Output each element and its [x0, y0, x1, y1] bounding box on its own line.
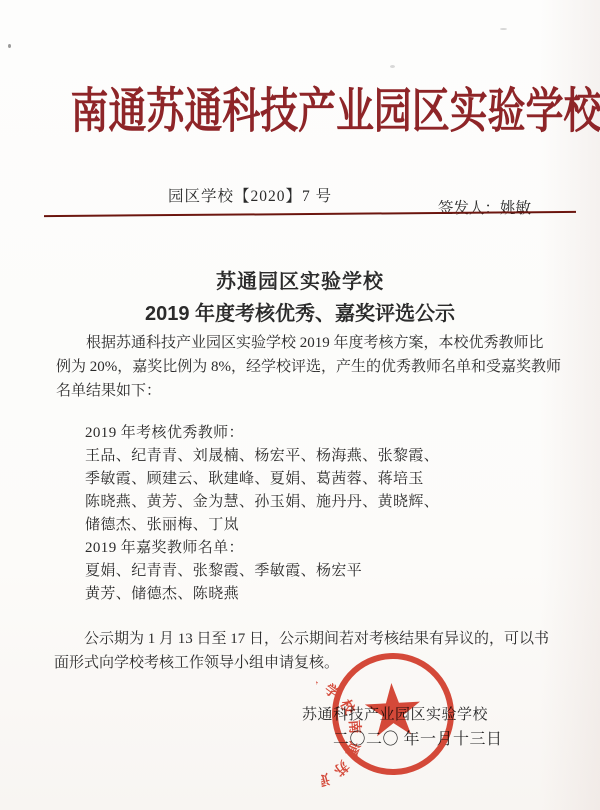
award-teachers-names: 夏娟、纪青青、张黎霞、季敏霞、杨宏平	[85, 560, 439, 583]
notice-title-line2: 2019 年度考核优秀、嘉奖评选公示	[0, 297, 600, 326]
letterhead-title: 南通苏通科技产业园区实验学校	[0, 86, 600, 138]
intro-line: 根据苏通科技产业园区实验学校 2019 年度考核方案，本校优秀教师比	[56, 331, 561, 355]
intro-line: 名单结果如下：	[56, 379, 561, 403]
scan-speck	[390, 65, 395, 68]
notice-title-line1: 苏通园区实验学校	[0, 265, 600, 294]
official-seal: 南通苏通科技产业园区实验学校	[314, 635, 472, 793]
closing-paragraph: 公示期为 1 月 13 日至 17 日，公示期间若对考核结果有异议的，可以书 面…	[54, 628, 549, 675]
award-teachers-names: 黄芳、储德杰、陈晓燕	[85, 583, 439, 606]
excellent-teachers-names: 陈晓燕、黄芳、金为慧、孙玉娟、施丹丹、黄晓辉、	[85, 491, 439, 514]
intro-line: 例为 20%，嘉奖比例为 8%，经学校评选，产生的优秀教师名单和受嘉奖教师	[56, 355, 561, 379]
roster-block: 2019 年考核优秀教师： 王品、纪青青、刘晟楠、杨宏平、杨海燕、张黎霞、 季敏…	[85, 422, 439, 606]
excellent-teachers-names: 王品、纪青青、刘晟楠、杨宏平、杨海燕、张黎霞、	[85, 445, 439, 468]
closing-line: 公示期为 1 月 13 日至 17 日，公示期间若对考核结果有异议的，可以书	[54, 628, 549, 652]
scan-speck	[8, 44, 11, 48]
scan-speck	[500, 28, 507, 30]
award-teachers-heading: 2019 年嘉奖教师名单：	[85, 537, 439, 560]
closing-line: 面形式向学校考核工作领导小组申请复核。	[54, 652, 549, 676]
excellent-teachers-heading: 2019 年考核优秀教师：	[85, 422, 439, 445]
document-number: 园区学校【2020】7 号	[168, 184, 332, 206]
letterhead-school-name: 南通苏通科技产业园区实验学校	[71, 86, 600, 138]
scanned-document-page: 南通苏通科技产业园区实验学校 园区学校【2020】7 号 签发人：姚敏 苏通园区…	[0, 0, 600, 810]
signer-label: 签发人：姚敏	[438, 196, 531, 218]
seal-star-icon	[364, 682, 422, 737]
excellent-teachers-names: 储德杰、张丽梅、丁岚	[85, 514, 439, 537]
excellent-teachers-names: 季敏霞、顾建云、耿建峰、夏娟、葛茜蓉、蒋培玉	[85, 468, 439, 491]
intro-paragraph: 根据苏通科技产业园区实验学校 2019 年度考核方案，本校优秀教师比 例为 20…	[56, 331, 561, 403]
